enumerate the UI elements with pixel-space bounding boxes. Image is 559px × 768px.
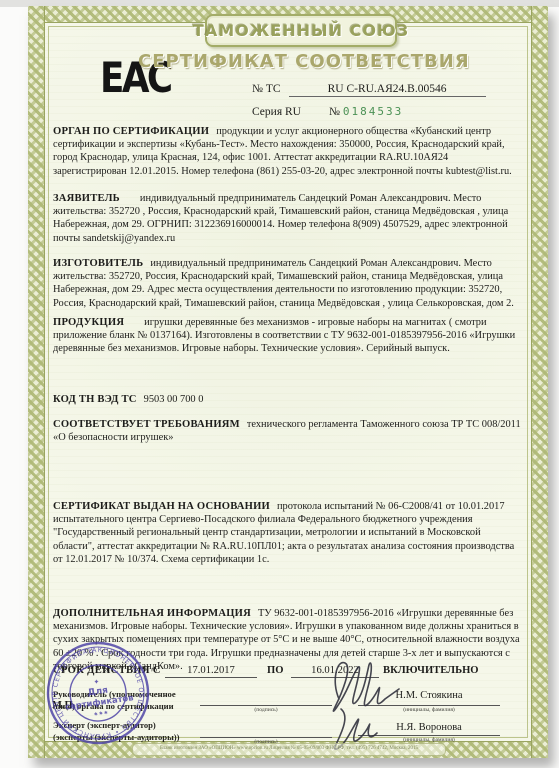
certificate-title: СЕРТИФИКАТ СООТВЕТСТВИЯ [138,51,438,72]
section-product-label: ПРОДУКЦИЯ [53,317,124,328]
section-tnved-code-value: 9503 00 700 0 [144,394,204,405]
section-compliance-label: СООТВЕТСТВУЕТ ТРЕБОВАНИЯМ [53,419,240,430]
border-pattern-right [531,6,548,758]
series-value: 0184533 [343,105,403,118]
section-compliance: СООТВЕТСТВУЕТ ТРЕБОВАНИЯМтехнического ре… [53,418,521,444]
section-applicant: ЗАЯВИТЕЛЬиндивидуальный предприниматель … [53,192,521,245]
series-label: Серия RU [252,106,301,118]
section-certification-body-label: ОРГАН ПО СЕРТИФИКАЦИИ [53,126,209,137]
series-row: Серия RU№ 0184533 [252,105,403,118]
certificate-number-row: № ТСRU C-RU.АЯ24.В.00546 [252,83,486,97]
certificate-number-label: № ТС [252,83,281,95]
section-manufacturer-label: ИЗГОТОВИТЕЛЬ [53,258,143,269]
section-applicant-label: ЗАЯВИТЕЛЬ [53,193,120,204]
section-additional-info-label: ДОПОЛНИТЕЛЬНАЯ ИНФОРМАЦИЯ [53,608,251,619]
section-product: ПРОДУКЦИЯигрушки деревянные без механизм… [53,316,521,356]
validity-date-from: 17.01.2017 [165,665,257,678]
customs-union-banner: ТАМОЖЕННЫЙ СОЮЗ [205,14,397,47]
certificate-page: ТАМОЖЕННЫЙ СОЮЗ ЕАС СЕРТИФИКАТ СООТВЕТСТ… [28,6,548,758]
section-issued-basis-label: СЕРТИФИКАТ ВЫДАН НА ОСНОВАНИИ [53,501,270,512]
section-tnved-code: КОД ТН ВЭД ТС9503 00 700 0 [53,393,521,406]
section-issued-basis: СЕРТИФИКАТ ВЫДАН НА ОСНОВАНИИпротокола и… [53,500,521,566]
svg-text:✦: ✦ [93,678,100,687]
section-manufacturer: ИЗГОТОВИТЕЛЬиндивидуальный предпринимате… [53,257,521,310]
validity-po-label: ПО [267,665,283,676]
footer-microtext: Бланк изготовлен ЗАО «ОПЦИОН» www.opcion… [132,743,446,756]
svg-text:✱ ✱ ✱: ✱ ✱ ✱ [94,710,109,718]
handwritten-signature-icon [311,651,426,756]
certificate-number-value: RU C-RU.АЯ24.В.00546 [289,83,486,97]
series-num-label: № [329,106,340,118]
customs-union-banner-text: ТАМОЖЕННЫЙ СОЮЗ [193,21,409,40]
handwritten-signature [311,651,426,756]
round-stamp: АКЦИОНЕРНОЕ ОБЩЕСТВО • КУБАНСКИЙ ЦЕНТР С… [37,632,159,754]
round-stamp-icon: АКЦИОНЕРНОЕ ОБЩЕСТВО • КУБАНСКИЙ ЦЕНТР С… [37,632,159,754]
section-tnved-code-label: КОД ТН ВЭД ТС [53,394,137,405]
section-applicant-text: индивидуальный предприниматель Сандецкий… [53,193,508,244]
section-certification-body: ОРГАН ПО СЕРТИФИКАЦИИпродукции и услуг а… [53,125,521,178]
